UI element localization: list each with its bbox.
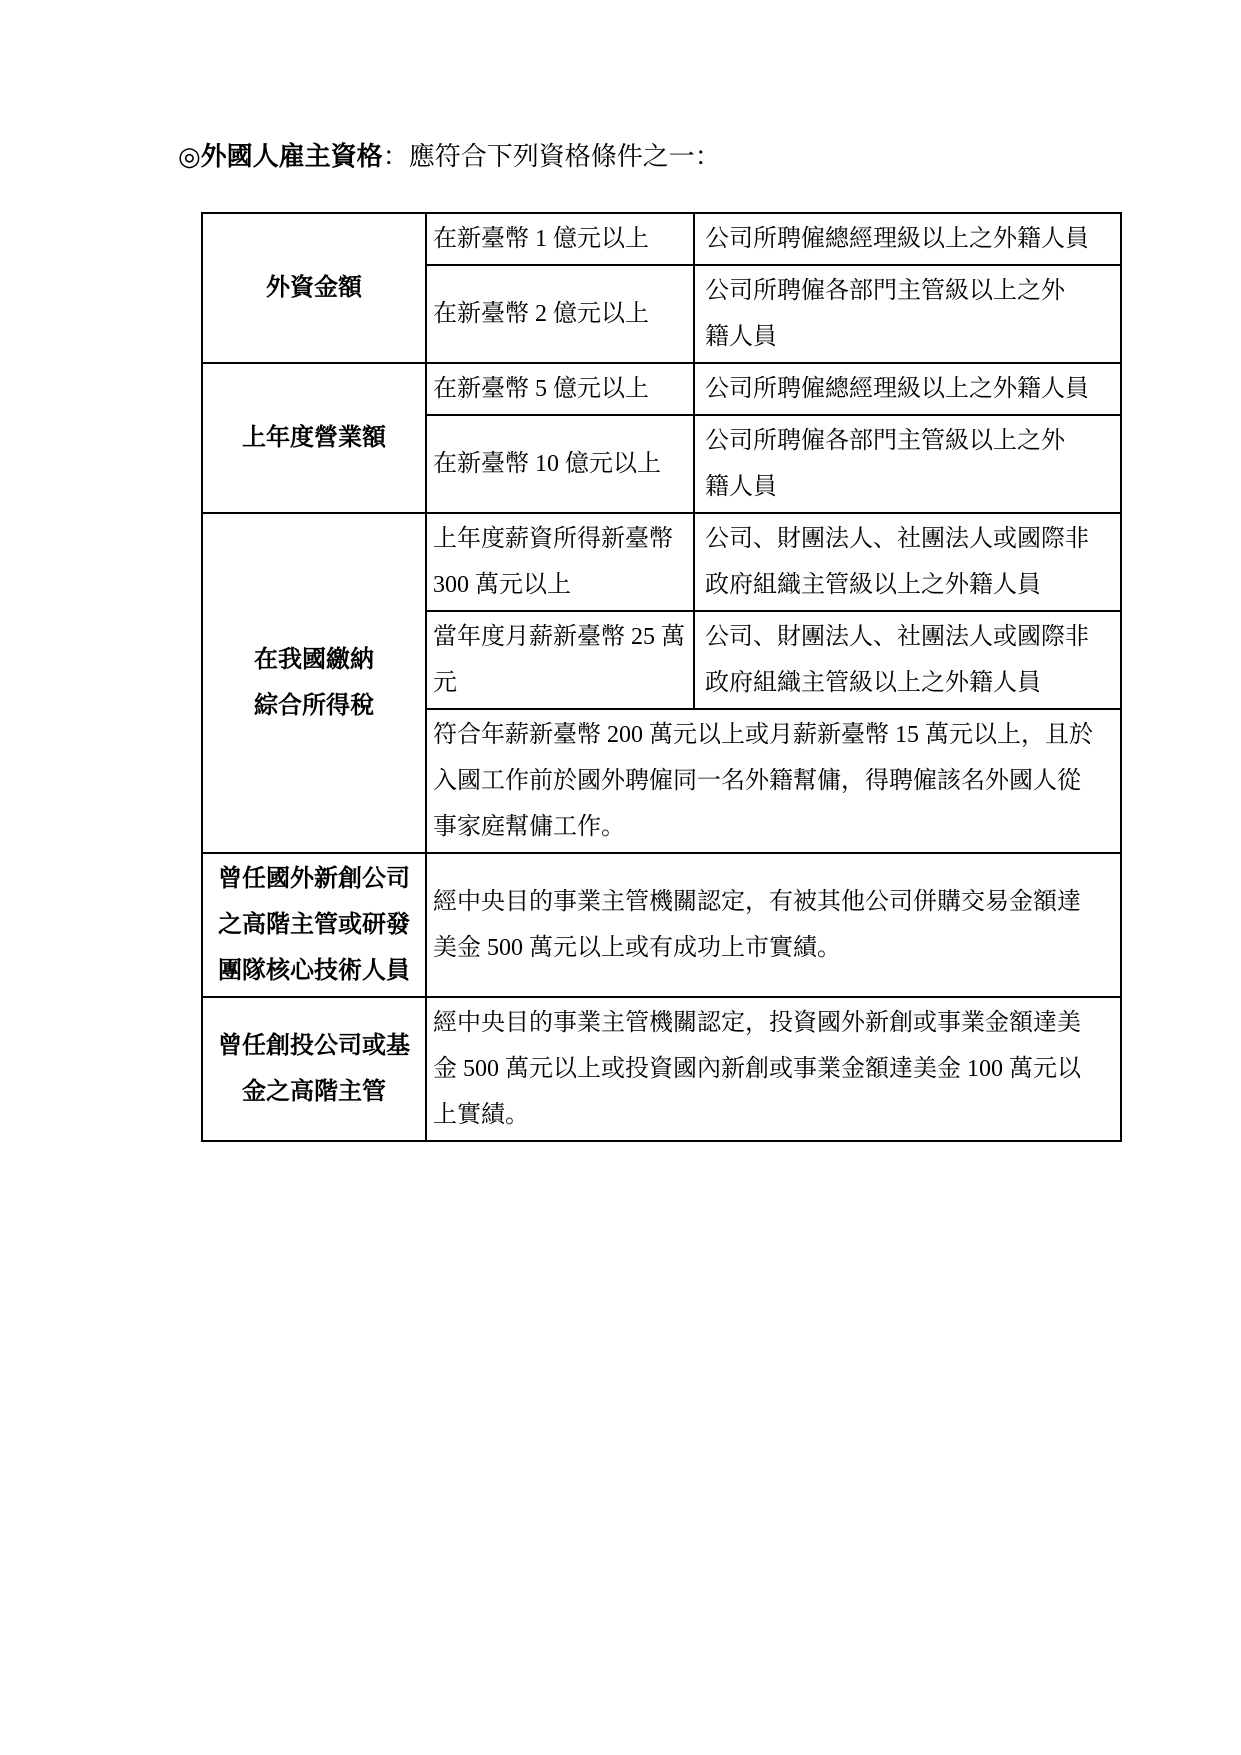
page-title-term: ◎外國人雇主資格 bbox=[178, 142, 383, 171]
cell-eligible-revenue-2: 公司所聘僱各部門主管級以上之外 籍人員 bbox=[694, 415, 1121, 513]
cell-category-venture-capital-executive: 曾任創投公司或基 金之高階主管 bbox=[202, 997, 426, 1141]
document-page: ◎外國人雇主資格：應符合下列資格條件之一： 外資金額 在新臺幣 1 億元以上 公… bbox=[0, 0, 1241, 1755]
employer-qualification-table: 外資金額 在新臺幣 1 億元以上 公司所聘僱總經理級以上之外籍人員 在新臺幣 2… bbox=[201, 212, 1122, 1142]
cell-condition-tax-1: 上年度薪資所得新臺幣 300 萬元以上 bbox=[426, 513, 694, 611]
cell-category-startup-executive: 曾任國外新創公司 之高階主管或研發 團隊核心技術人員 bbox=[202, 853, 426, 997]
cell-category-foreign-capital: 外資金額 bbox=[202, 213, 426, 363]
cell-eligible-capital-1: 公司所聘僱總經理級以上之外籍人員 bbox=[694, 213, 1121, 265]
cell-eligible-capital-2: 公司所聘僱各部門主管級以上之外 籍人員 bbox=[694, 265, 1121, 363]
cell-condition-venture-capital-executive: 經中央目的事業主管機關認定，投資國外新創或事業金額達美 金 500 萬元以上或投… bbox=[426, 997, 1121, 1141]
cell-condition-capital-2: 在新臺幣 2 億元以上 bbox=[426, 265, 694, 363]
cell-condition-tax-2: 當年度月薪新臺幣 25 萬 元 bbox=[426, 611, 694, 709]
page-title-description: ：應符合下列資格條件之一： bbox=[383, 142, 721, 171]
page-title: ◎外國人雇主資格：應符合下列資格條件之一： bbox=[178, 140, 721, 174]
table-row: 上年度營業額 在新臺幣 5 億元以上 公司所聘僱總經理級以上之外籍人員 bbox=[202, 363, 1121, 415]
cell-condition-capital-1: 在新臺幣 1 億元以上 bbox=[426, 213, 694, 265]
cell-category-income-tax: 在我國繳納 綜合所得稅 bbox=[202, 513, 426, 853]
table-row: 曾任國外新創公司 之高階主管或研發 團隊核心技術人員 經中央目的事業主管機關認定… bbox=[202, 853, 1121, 997]
cell-condition-tax-domestic-helper: 符合年薪新臺幣 200 萬元以上或月薪新臺幣 15 萬元以上，且於 入國工作前於… bbox=[426, 709, 1121, 853]
table-row: 外資金額 在新臺幣 1 億元以上 公司所聘僱總經理級以上之外籍人員 bbox=[202, 213, 1121, 265]
table-row: 在我國繳納 綜合所得稅 上年度薪資所得新臺幣 300 萬元以上 公司、財團法人、… bbox=[202, 513, 1121, 611]
cell-condition-revenue-2: 在新臺幣 10 億元以上 bbox=[426, 415, 694, 513]
table-row: 曾任創投公司或基 金之高階主管 經中央目的事業主管機關認定，投資國外新創或事業金… bbox=[202, 997, 1121, 1141]
cell-eligible-tax-2: 公司、財團法人、社團法人或國際非 政府組織主管級以上之外籍人員 bbox=[694, 611, 1121, 709]
cell-condition-revenue-1: 在新臺幣 5 億元以上 bbox=[426, 363, 694, 415]
cell-condition-startup-executive: 經中央目的事業主管機關認定，有被其他公司併購交易金額達 美金 500 萬元以上或… bbox=[426, 853, 1121, 997]
cell-eligible-revenue-1: 公司所聘僱總經理級以上之外籍人員 bbox=[694, 363, 1121, 415]
cell-category-annual-revenue: 上年度營業額 bbox=[202, 363, 426, 513]
cell-eligible-tax-1: 公司、財團法人、社團法人或國際非 政府組織主管級以上之外籍人員 bbox=[694, 513, 1121, 611]
